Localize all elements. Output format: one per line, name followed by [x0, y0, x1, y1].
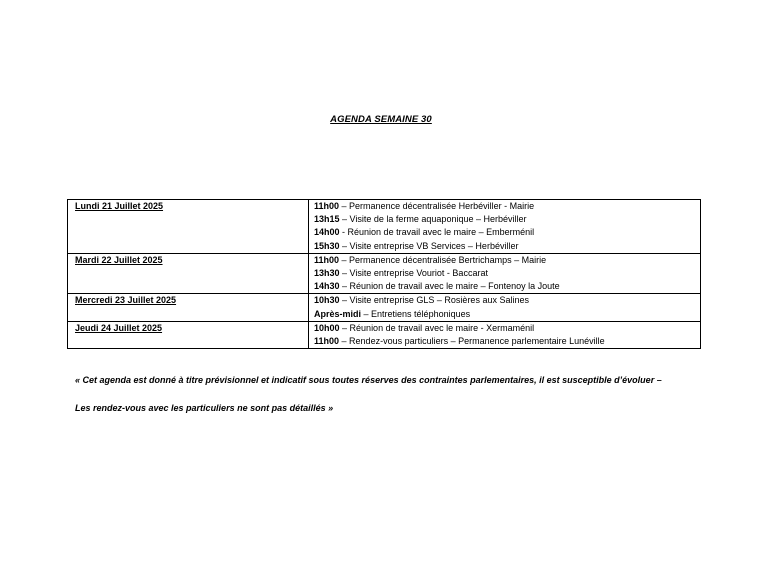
agenda-events: 11h00 – Permanence décentralisée Bertric…	[309, 253, 701, 294]
agenda-event: 10h30 – Visite entreprise GLS – Rosières…	[314, 294, 700, 307]
agenda-event: 10h00 – Réunion de travail avec le maire…	[314, 322, 700, 335]
agenda-event: Après-midi – Entretiens téléphoniques	[314, 308, 700, 321]
agenda-row: Mardi 22 Juillet 202511h00 – Permanence …	[68, 253, 701, 294]
event-description: Permanence décentralisée Herbéviller - M…	[349, 201, 534, 211]
event-separator: –	[339, 255, 349, 265]
event-description: Réunion de travail avec le maire – Ember…	[348, 227, 535, 237]
event-time: 11h00	[314, 201, 339, 211]
event-description: Visite de la ferme aquaponique – Herbévi…	[350, 214, 527, 224]
event-time: 11h00	[314, 336, 339, 346]
event-description: Réunion de travail avec le maire - Xerma…	[350, 323, 535, 333]
agenda-table: Lundi 21 Juillet 202511h00 – Permanence …	[67, 199, 701, 349]
event-time: 15h30	[314, 241, 340, 251]
event-description: Rendez-vous particuliers – Permanence pa…	[349, 336, 605, 346]
agenda-table-body: Lundi 21 Juillet 202511h00 – Permanence …	[68, 200, 701, 349]
document-title: AGENDA SEMAINE 30	[0, 114, 762, 125]
agenda-event: 11h00 – Permanence décentralisée Bertric…	[314, 254, 700, 267]
agenda-row: Mercredi 23 Juillet 202510h30 – Visite e…	[68, 294, 701, 321]
agenda-row: Lundi 21 Juillet 202511h00 – Permanence …	[68, 200, 701, 254]
event-description: Visite entreprise Vouriot - Baccarat	[350, 268, 488, 278]
agenda-day: Mercredi 23 Juillet 2025	[68, 294, 309, 321]
event-separator: -	[340, 227, 348, 237]
disclaimer-line-1: « Cet agenda est donné à titre prévision…	[75, 375, 662, 385]
event-separator: –	[340, 214, 350, 224]
event-time: 14h30	[314, 281, 340, 291]
agenda-event: 15h30 – Visite entreprise VB Services – …	[314, 240, 700, 253]
agenda-events: 11h00 – Permanence décentralisée Herbévi…	[309, 200, 701, 254]
event-time: 13h30	[314, 268, 340, 278]
event-separator: –	[340, 281, 350, 291]
agenda-day: Jeudi 24 Juillet 2025	[68, 321, 309, 348]
agenda-event: 13h15 – Visite de la ferme aquaponique –…	[314, 213, 700, 226]
event-time: 14h00	[314, 227, 340, 237]
event-separator: –	[340, 295, 350, 305]
agenda-events: 10h30 – Visite entreprise GLS – Rosières…	[309, 294, 701, 321]
agenda-event: 11h00 – Rendez-vous particuliers – Perma…	[314, 335, 700, 348]
event-time: 10h00	[314, 323, 340, 333]
agenda-day: Lundi 21 Juillet 2025	[68, 200, 309, 254]
event-description: Visite entreprise VB Services – Herbévil…	[350, 241, 519, 251]
event-description: Visite entreprise GLS – Rosières aux Sal…	[350, 295, 529, 305]
event-separator: –	[361, 309, 371, 319]
disclaimer-line-2: Les rendez-vous avec les particuliers ne…	[75, 403, 333, 413]
event-time: 11h00	[314, 255, 339, 265]
event-separator: –	[340, 323, 350, 333]
agenda-row: Jeudi 24 Juillet 202510h00 – Réunion de …	[68, 321, 701, 348]
event-separator: –	[340, 241, 350, 251]
event-time: Après-midi	[314, 309, 361, 319]
event-description: Entretiens téléphoniques	[371, 309, 470, 319]
agenda-event: 14h30 – Réunion de travail avec le maire…	[314, 280, 700, 293]
event-time: 13h15	[314, 214, 340, 224]
agenda-events: 10h00 – Réunion de travail avec le maire…	[309, 321, 701, 348]
event-description: Permanence décentralisée Bertrichamps – …	[349, 255, 546, 265]
event-separator: –	[340, 268, 350, 278]
event-description: Réunion de travail avec le maire – Fonte…	[350, 281, 560, 291]
event-separator: –	[339, 336, 349, 346]
agenda-event: 11h00 – Permanence décentralisée Herbévi…	[314, 200, 700, 213]
agenda-event: 14h00 - Réunion de travail avec le maire…	[314, 226, 700, 239]
event-separator: –	[339, 201, 349, 211]
agenda-event: 13h30 – Visite entreprise Vouriot - Bacc…	[314, 267, 700, 280]
event-time: 10h30	[314, 295, 340, 305]
agenda-day: Mardi 22 Juillet 2025	[68, 253, 309, 294]
